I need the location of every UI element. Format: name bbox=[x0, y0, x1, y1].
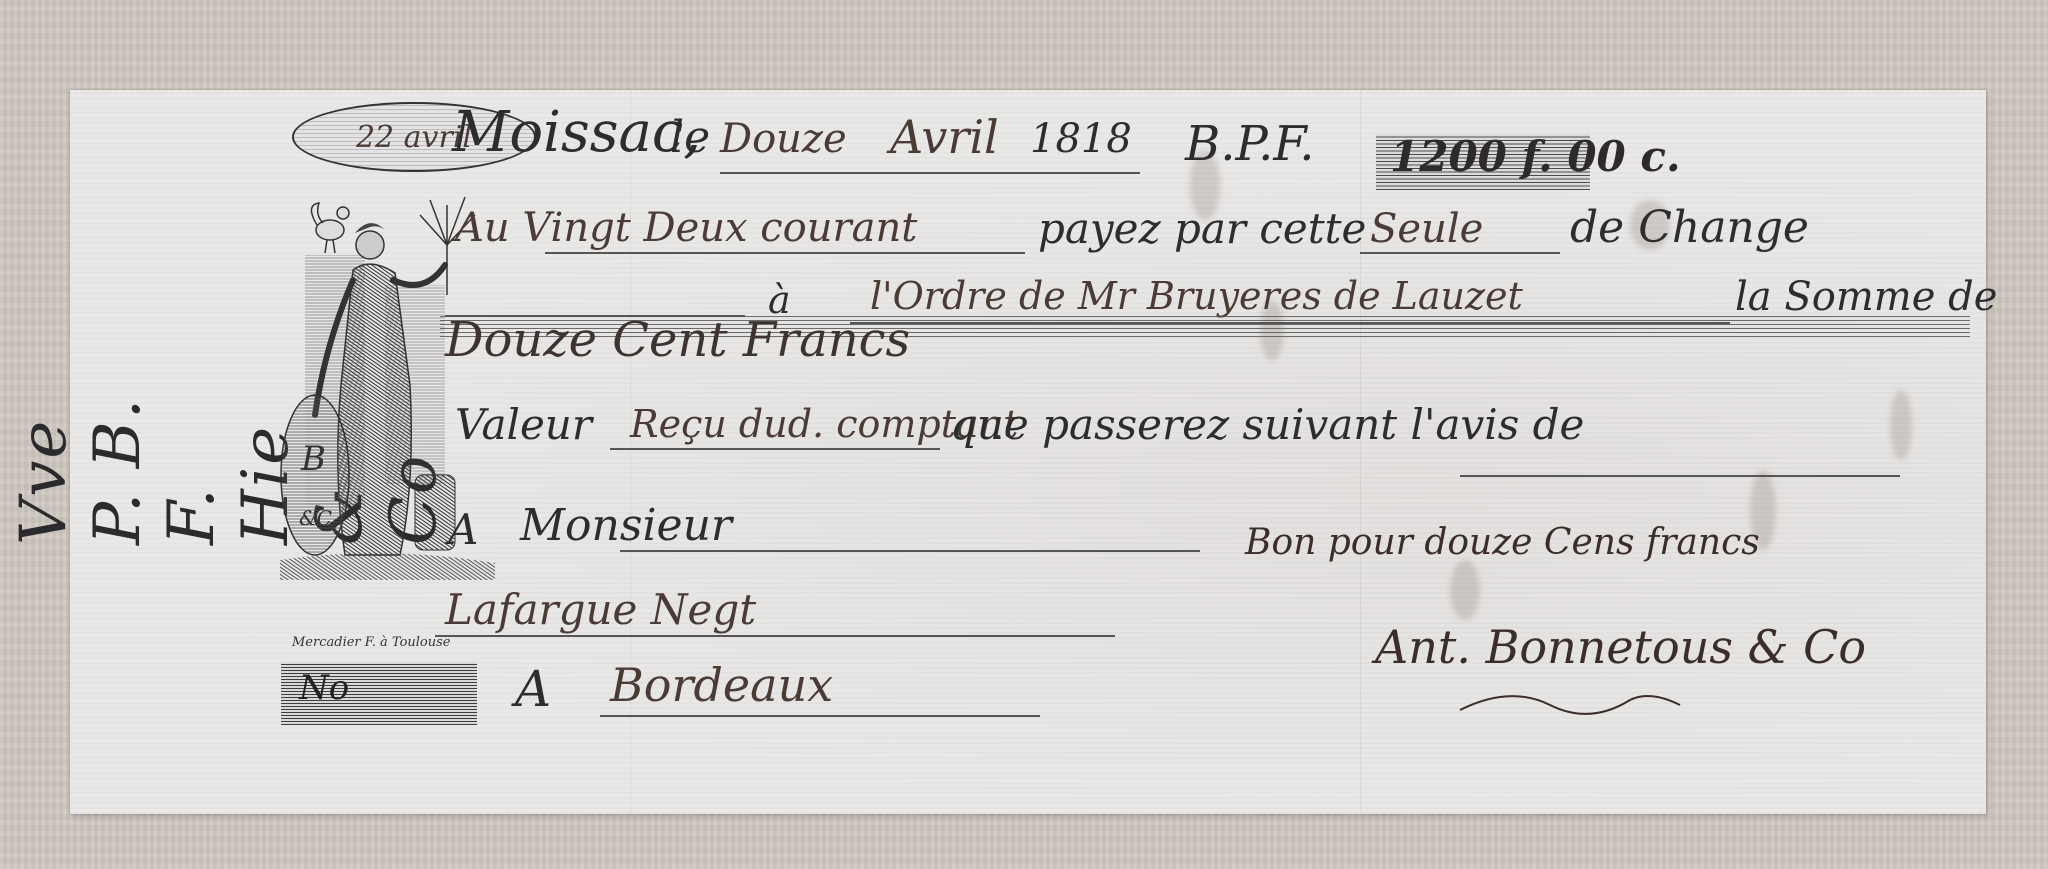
month-handwritten: Avril bbox=[890, 110, 999, 164]
ink-stain bbox=[1450, 560, 1480, 620]
amount-figures: 1200 f. 00 c. bbox=[1390, 132, 1681, 181]
drawee-rule bbox=[435, 635, 1115, 637]
line1-printed-end: de Change bbox=[1570, 202, 1809, 253]
acceptance-note: Bon pour douze Cens francs bbox=[1245, 522, 1760, 563]
due-rule bbox=[545, 252, 1025, 254]
city-rule bbox=[600, 715, 1040, 717]
monsieur-rule bbox=[620, 550, 1200, 552]
paper-fold bbox=[1360, 90, 1361, 814]
number-box: No bbox=[281, 662, 477, 725]
bill-kind-handwritten: Seule bbox=[1370, 206, 1483, 252]
engraver-credit: Mercadier F. à Toulouse bbox=[292, 635, 451, 650]
city-a: A bbox=[515, 660, 551, 718]
vertical-firm-header: Mme Vve P. B. F. Hie & Co bbox=[142, 130, 242, 790]
year-printed: 1818 bbox=[1030, 116, 1132, 162]
city-handwritten: Bordeaux bbox=[610, 658, 833, 712]
ink-stain bbox=[1890, 390, 1912, 460]
place-printed: Moissac, bbox=[452, 100, 701, 165]
line1-printed: payez par cette bbox=[1038, 204, 1366, 253]
due-phrase-handwritten: Au Vingt Deux courant bbox=[455, 205, 917, 251]
bill-of-exchange: Mme Vve P. B. F. Hie & Co 22 avril bbox=[70, 90, 1986, 814]
svg-text:&C: &C bbox=[299, 506, 332, 530]
day-handwritten: Douze bbox=[720, 116, 847, 162]
drawee-a: A bbox=[448, 505, 478, 554]
amount-in-words: Douze Cent Francs bbox=[445, 312, 910, 368]
valeur-label: Valeur bbox=[455, 400, 592, 449]
number-label: No bbox=[299, 668, 349, 708]
bpf-label: B.P.F. bbox=[1185, 116, 1314, 172]
value-rule bbox=[610, 448, 940, 450]
svg-text:B: B bbox=[300, 439, 326, 479]
signature-flourish-icon bbox=[1450, 675, 1710, 725]
le-printed: le bbox=[670, 112, 710, 163]
line2-printed-end: la Somme de bbox=[1735, 274, 1997, 320]
kind-rule bbox=[1360, 252, 1560, 254]
line4-printed: que passerez suivant l'avis de bbox=[950, 400, 1584, 449]
signature: Ant. Bonnetous & Co bbox=[1375, 620, 1866, 674]
payee-handwritten: l'Ordre de Mr Bruyeres de Lauzet bbox=[870, 274, 1523, 318]
drawee-name-handwritten: Lafargue Negt bbox=[445, 585, 756, 634]
line4-rule bbox=[1460, 475, 1900, 477]
monsieur-label: Monsieur bbox=[520, 500, 732, 551]
date-rule bbox=[720, 172, 1140, 174]
